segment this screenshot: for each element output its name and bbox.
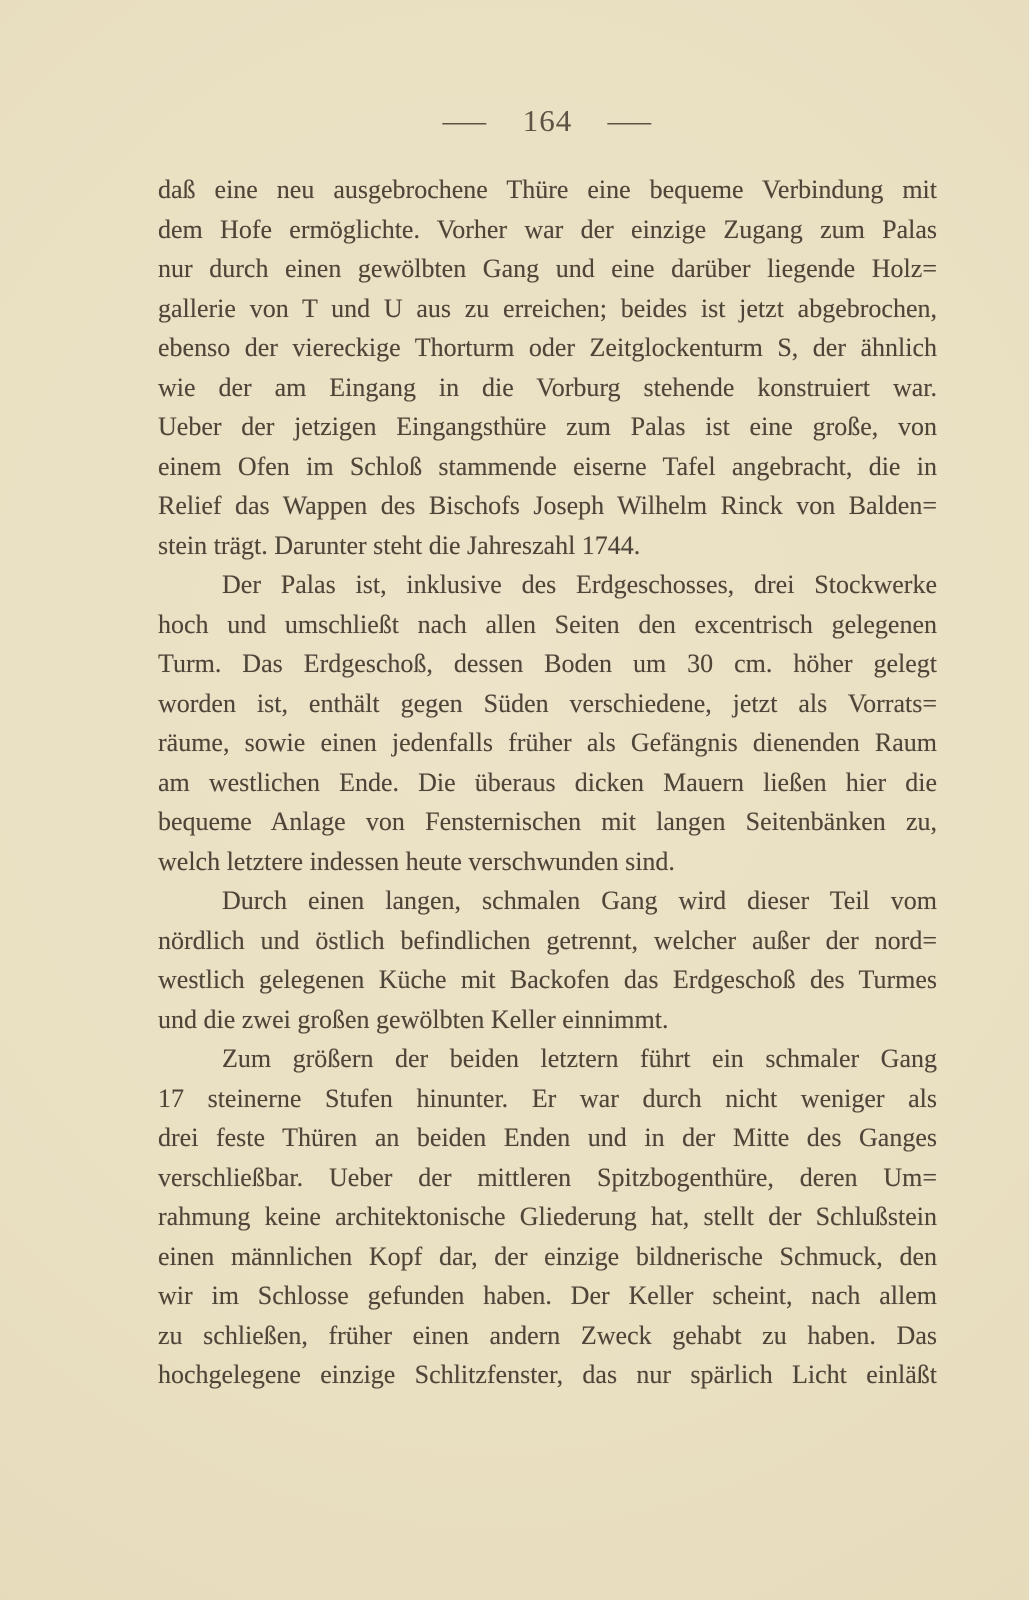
text-line: westlich gelegenen Küche mit Backofen da… bbox=[158, 960, 937, 1000]
header-right-dash: — bbox=[608, 103, 653, 139]
text-line: räume, sowie einen jedenfalls früher als… bbox=[158, 723, 937, 763]
body-text: daß eine neu ausgebrochene Thüre eine be… bbox=[158, 170, 937, 1395]
text-line: hochgelegene einzige Schlitzfenster, das… bbox=[158, 1355, 937, 1395]
text-line: drei feste Thüren an beiden Enden und in… bbox=[158, 1118, 937, 1158]
paragraph-1: daß eine neu ausgebrochene Thüre eine be… bbox=[158, 170, 937, 565]
text-line: welch letztere indessen heute verschwund… bbox=[158, 842, 937, 882]
text-line: Durch einen langen, schmalen Gang wird d… bbox=[158, 881, 937, 921]
text-line: wir im Schlosse gefunden haben. Der Kell… bbox=[158, 1276, 937, 1316]
text-line: nur durch einen gewölbten Gang und eine … bbox=[158, 249, 937, 289]
paragraph-4: Zum größern der beiden letztern führt ei… bbox=[158, 1039, 937, 1395]
header-left-dash: — bbox=[442, 103, 487, 139]
text-line: ebenso der viereckige Thorturm oder Zeit… bbox=[158, 328, 937, 368]
text-line: daß eine neu ausgebrochene Thüre eine be… bbox=[158, 170, 937, 210]
text-line: bequeme Anlage von Fensternischen mit la… bbox=[158, 802, 937, 842]
text-line: hoch und umschließt nach allen Seiten de… bbox=[158, 605, 937, 645]
text-line: dem Hofe ermöglichte. Vorher war der ein… bbox=[158, 210, 937, 250]
text-line: Der Palas ist, inklusive des Erdgeschoss… bbox=[158, 565, 937, 605]
text-line: Relief das Wappen des Bischofs Joseph Wi… bbox=[158, 486, 937, 526]
text-line: gallerie von T und U aus zu erreichen; b… bbox=[158, 289, 937, 329]
text-line: nördlich und östlich befindlichen getren… bbox=[158, 921, 937, 961]
text-line: rahmung keine architektonische Gliederun… bbox=[158, 1197, 937, 1237]
text-line: Zum größern der beiden letztern führt ei… bbox=[158, 1039, 937, 1079]
text-line: verschließbar. Ueber der mittleren Spitz… bbox=[158, 1158, 937, 1198]
text-line: und die zwei großen gewölbten Keller ein… bbox=[158, 1000, 937, 1040]
text-line: am westlichen Ende. Die überaus dicken M… bbox=[158, 763, 937, 803]
text-line: zu schließen, früher einen andern Zweck … bbox=[158, 1316, 937, 1356]
text-line: Turm. Das Erdgeschoß, dessen Boden um 30… bbox=[158, 644, 937, 684]
paragraph-2: Der Palas ist, inklusive des Erdgeschoss… bbox=[158, 565, 937, 881]
paragraph-3: Durch einen langen, schmalen Gang wird d… bbox=[158, 881, 937, 1039]
page-number: 164 bbox=[523, 103, 573, 139]
text-line: 17 steinerne Stufen hinunter. Er war dur… bbox=[158, 1079, 937, 1119]
text-line: wie der am Eingang in die Vorburg stehen… bbox=[158, 368, 937, 408]
text-line: Ueber der jetzigen Eingangsthüre zum Pal… bbox=[158, 407, 937, 447]
text-line: einen männlichen Kopf dar, der einzige b… bbox=[158, 1237, 937, 1277]
text-line: einem Ofen im Schloß stammende eiserne T… bbox=[158, 447, 937, 487]
text-line: worden ist, enthält gegen Süden verschie… bbox=[158, 684, 937, 724]
book-page-scan: —164— daß eine neu ausgebrochene Thüre e… bbox=[0, 0, 1029, 1600]
text-line: stein trägt. Darunter steht die Jahresza… bbox=[158, 526, 937, 566]
page-header: —164— bbox=[158, 103, 937, 139]
